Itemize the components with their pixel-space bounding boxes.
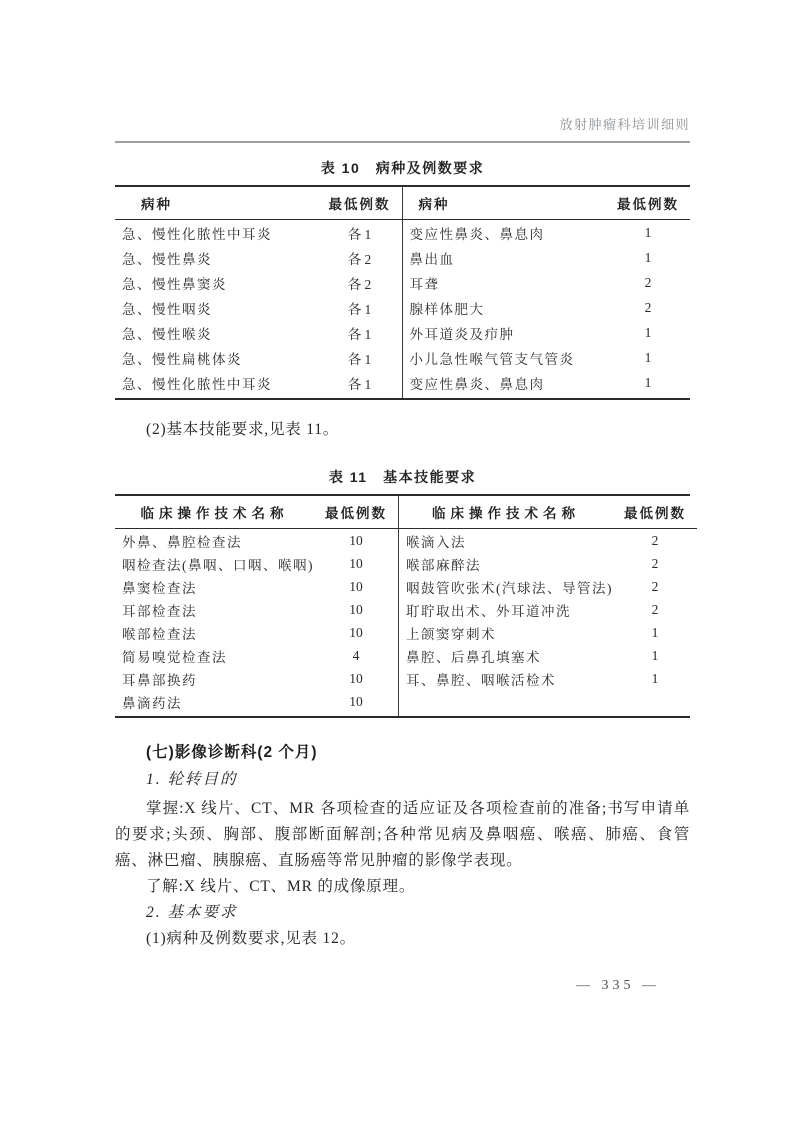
- table-row: 耳鼻部换药10: [115, 667, 398, 690]
- row-value: 2: [606, 275, 690, 291]
- table-row: 急、慢性鼻窦炎各 2: [115, 270, 402, 295]
- item-basic-requirements: 2. 基本要求: [115, 900, 690, 926]
- row-value: 各 1: [318, 373, 402, 393]
- row-label: 耵聍取出术、外耳道冲洗: [399, 600, 613, 620]
- row-label: 急、慢性化脓性中耳炎: [115, 223, 318, 243]
- row-value: 1: [606, 250, 690, 266]
- row-value: 2: [613, 556, 697, 572]
- row-label: 鼻滴药法: [115, 692, 314, 712]
- table-row: 上颌窦穿刺术1: [399, 621, 697, 644]
- row-label: 急、慢性咽炎: [115, 298, 318, 318]
- row-value: 1: [606, 225, 690, 241]
- table-row: 变应性鼻炎、鼻息肉1: [403, 370, 691, 395]
- row-value: 10: [314, 694, 398, 710]
- section-heading-imaging: (七)影像诊断科(2 个月): [115, 740, 690, 762]
- table-row: 耳聋2: [403, 270, 691, 295]
- row-label: 外耳道炎及疖肿: [403, 323, 607, 343]
- table-row: 急、慢性喉炎各 1: [115, 320, 402, 345]
- row-label: 咽检查法(鼻咽、口咽、喉咽): [115, 554, 314, 574]
- row-value: 各 1: [318, 348, 402, 368]
- col-header-min-cases: 最低例数: [314, 502, 398, 522]
- row-value: 2: [613, 533, 697, 549]
- row-value: 10: [314, 671, 398, 687]
- table-row: 喉部检查法10: [115, 621, 398, 644]
- row-value: 1: [613, 625, 697, 641]
- table11-right-rows: 喉滴入法2喉部麻醉法2咽鼓管吹张术(汽球法、导管法)2耵聍取出术、外耳道冲洗2上…: [399, 529, 697, 690]
- table-row: 急、慢性化脓性中耳炎各 1: [115, 370, 402, 395]
- table11-title: 表 11 基本技能要求: [115, 467, 690, 487]
- table-row: 急、慢性咽炎各 1: [115, 295, 402, 320]
- table-row: 耳、鼻腔、咽喉活检术1: [399, 667, 697, 690]
- paragraph-master: 掌握:X 线片、CT、MR 各项检查的适应证及各项检查前的准备;书写申请单的要求…: [115, 796, 690, 874]
- row-label: 外鼻、鼻腔检查法: [115, 531, 314, 551]
- table10-right-half: 病种 最低例数 变应性鼻炎、鼻息肉1鼻出血1耳聋2腺样体肥大2外耳道炎及疖肿1小…: [403, 187, 691, 398]
- row-value: 1: [613, 648, 697, 664]
- table-row: 喉部麻醉法2: [399, 552, 697, 575]
- paragraph-disease-ref: (1)病种及例数要求,见表 12。: [115, 926, 690, 952]
- row-value: 1: [613, 671, 697, 687]
- col-header-min-cases: 最低例数: [613, 502, 697, 522]
- table10-title: 表 10 病种及例数要求: [115, 158, 690, 178]
- table11-right-half: 临床操作技术名称 最低例数 喉滴入法2喉部麻醉法2咽鼓管吹张术(汽球法、导管法)…: [399, 496, 697, 716]
- table-row: 咽鼓管吹张术(汽球法、导管法)2: [399, 575, 697, 598]
- document-page: 放射肿瘤科培训细则 表 10 病种及例数要求 病种 最低例数 急、慢性化脓性中耳…: [0, 0, 800, 1131]
- paragraph-understand: 了解:X 线片、CT、MR 的成像原理。: [115, 874, 690, 900]
- item-rotation-purpose: 1. 轮转目的: [115, 767, 690, 793]
- table-row: 鼻滴药法10: [115, 690, 398, 713]
- row-label: 鼻窦检查法: [115, 577, 314, 597]
- row-label: 鼻腔、后鼻孔填塞术: [399, 646, 613, 666]
- table-row: 外耳道炎及疖肿1: [403, 320, 691, 345]
- row-label: 耳部检查法: [115, 600, 314, 620]
- row-value: 2: [613, 602, 697, 618]
- row-label: 腺样体肥大: [403, 298, 607, 318]
- row-label: 耳鼻部换药: [115, 669, 314, 689]
- row-label: 鼻出血: [403, 248, 607, 268]
- table-row: 鼻腔、后鼻孔填塞术1: [399, 644, 697, 667]
- table-row: 小儿急性喉气管支气管炎1: [403, 345, 691, 370]
- row-value: 各 1: [318, 323, 402, 343]
- col-header-technique: 临床操作技术名称: [399, 502, 613, 522]
- table-row: 耵聍取出术、外耳道冲洗2: [399, 598, 697, 621]
- header-rule: [115, 141, 690, 143]
- table10: 病种 最低例数 急、慢性化脓性中耳炎各 1急、慢性鼻炎各 2急、慢性鼻窦炎各 2…: [115, 185, 690, 400]
- table-row: 喉滴入法2: [399, 529, 697, 552]
- row-value: 4: [314, 648, 398, 664]
- table11-left-half: 临床操作技术名称 最低例数 外鼻、鼻腔检查法10咽检查法(鼻咽、口咽、喉咽)10…: [115, 496, 399, 716]
- table11-left-header: 临床操作技术名称 最低例数: [115, 496, 398, 529]
- row-value: 2: [606, 300, 690, 316]
- table-row: 耳部检查法10: [115, 598, 398, 621]
- table10-left-half: 病种 最低例数 急、慢性化脓性中耳炎各 1急、慢性鼻炎各 2急、慢性鼻窦炎各 2…: [115, 187, 403, 398]
- row-label: 喉部检查法: [115, 623, 314, 643]
- table10-left-rows: 急、慢性化脓性中耳炎各 1急、慢性鼻炎各 2急、慢性鼻窦炎各 2急、慢性咽炎各 …: [115, 220, 402, 395]
- row-value: 各 2: [318, 248, 402, 268]
- row-value: 2: [613, 579, 697, 595]
- table-row: 急、慢性化脓性中耳炎各 1: [115, 220, 402, 245]
- table-row: 咽检查法(鼻咽、口咽、喉咽)10: [115, 552, 398, 575]
- col-header-min-cases: 最低例数: [606, 193, 690, 213]
- row-value: 10: [314, 556, 398, 572]
- row-value: 各 1: [318, 298, 402, 318]
- row-label: 喉部麻醉法: [399, 554, 613, 574]
- col-header-min-cases: 最低例数: [318, 193, 402, 213]
- table-row: 腺样体肥大2: [403, 295, 691, 320]
- table11: 临床操作技术名称 最低例数 外鼻、鼻腔检查法10咽检查法(鼻咽、口咽、喉咽)10…: [115, 494, 690, 718]
- row-label: 变应性鼻炎、鼻息肉: [403, 373, 607, 393]
- row-value: 10: [314, 625, 398, 641]
- table-row: 外鼻、鼻腔检查法10: [115, 529, 398, 552]
- table10-right-header: 病种 最低例数: [403, 187, 691, 220]
- table10-right-rows: 变应性鼻炎、鼻息肉1鼻出血1耳聋2腺样体肥大2外耳道炎及疖肿1小儿急性喉气管支气…: [403, 220, 691, 395]
- row-label: 小儿急性喉气管支气管炎: [403, 348, 607, 368]
- table10-left-header: 病种 最低例数: [115, 187, 402, 220]
- row-label: 耳聋: [403, 273, 607, 293]
- col-header-disease: 病种: [403, 193, 607, 213]
- row-label: 变应性鼻炎、鼻息肉: [403, 223, 607, 243]
- row-label: 急、慢性鼻炎: [115, 248, 318, 268]
- row-value: 10: [314, 602, 398, 618]
- table-row: 急、慢性鼻炎各 2: [115, 245, 402, 270]
- row-label: 喉滴入法: [399, 531, 613, 551]
- page-number: — 335 —: [576, 978, 660, 994]
- row-value: 1: [606, 350, 690, 366]
- table-row: 变应性鼻炎、鼻息肉1: [403, 220, 691, 245]
- table-row: 急、慢性扁桃体炎各 1: [115, 345, 402, 370]
- row-label: 急、慢性化脓性中耳炎: [115, 373, 318, 393]
- table-row: 鼻窦检查法10: [115, 575, 398, 598]
- row-label: 急、慢性喉炎: [115, 323, 318, 343]
- row-label: 耳、鼻腔、咽喉活检术: [399, 669, 613, 689]
- running-header: 放射肿瘤科培训细则: [115, 114, 690, 133]
- row-label: 急、慢性扁桃体炎: [115, 348, 318, 368]
- row-value: 1: [606, 325, 690, 341]
- row-value: 1: [606, 375, 690, 391]
- row-label: 急、慢性鼻窦炎: [115, 273, 318, 293]
- row-value: 10: [314, 533, 398, 549]
- row-value: 10: [314, 579, 398, 595]
- row-value: 各 1: [318, 223, 402, 243]
- paragraph-basic-skill-ref: (2)基本技能要求,见表 11。: [115, 417, 690, 443]
- table-row: 简易嗅觉检查法4: [115, 644, 398, 667]
- col-header-technique: 临床操作技术名称: [115, 502, 314, 522]
- table11-left-rows: 外鼻、鼻腔检查法10咽检查法(鼻咽、口咽、喉咽)10鼻窦检查法10耳部检查法10…: [115, 529, 398, 713]
- col-header-disease: 病种: [115, 193, 318, 213]
- page-content: 放射肿瘤科培训细则 表 10 病种及例数要求 病种 最低例数 急、慢性化脓性中耳…: [115, 0, 690, 952]
- row-label: 咽鼓管吹张术(汽球法、导管法): [399, 577, 613, 597]
- table11-right-header: 临床操作技术名称 最低例数: [399, 496, 697, 529]
- row-label: 简易嗅觉检查法: [115, 646, 314, 666]
- table-row: 鼻出血1: [403, 245, 691, 270]
- row-value: 各 2: [318, 273, 402, 293]
- row-label: 上颌窦穿刺术: [399, 623, 613, 643]
